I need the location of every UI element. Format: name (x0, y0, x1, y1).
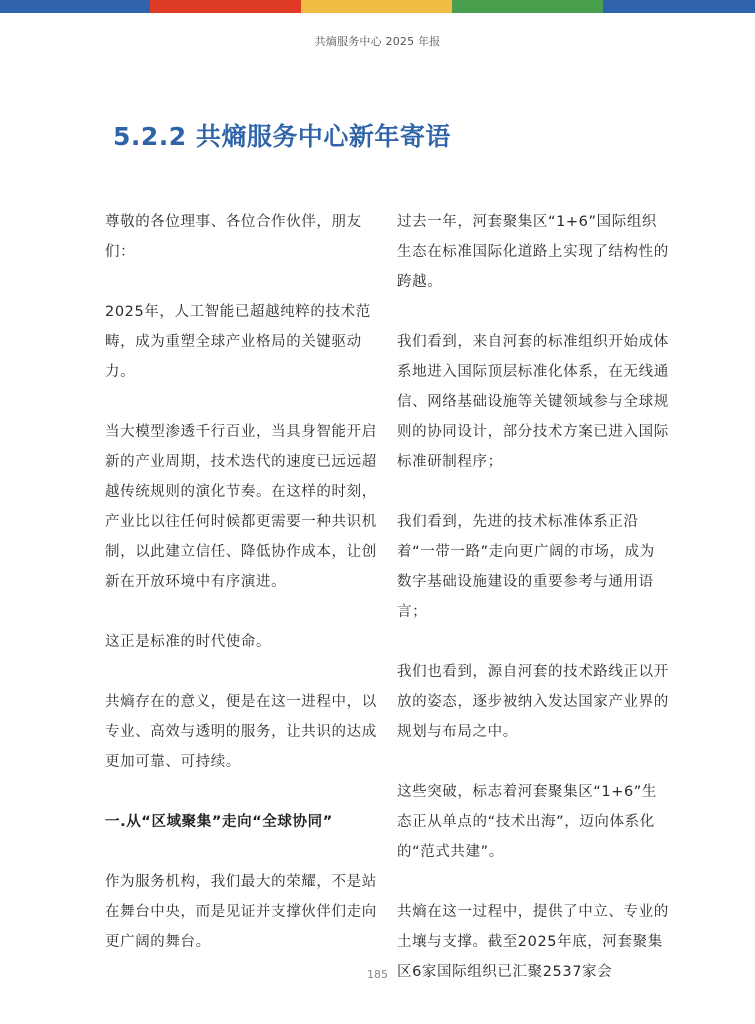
paragraph-purpose: 共熵存在的意义，便是在这一进程中，以专业、高效与透明的服务，让共识的达成更加可靠… (105, 687, 377, 777)
subheading-global-collaboration: 一.从“区域聚集”走向“全球协同” (105, 807, 377, 837)
paragraph-international-system: 我们看到，来自河套的标准组织开始成体系地进入国际顶层标准化体系，在无线通信、网络… (397, 327, 669, 477)
color-stripe-segment-yellow (301, 0, 452, 13)
paragraph-past-year: 过去一年，河套聚集区“1+6”国际组织生态在标准国际化道路上实现了结构性的跨越。 (397, 207, 669, 297)
color-stripe-segment-blue-right (603, 0, 755, 13)
page-number: 185 (0, 968, 755, 981)
paragraph-breakthroughs: 这些突破，标志着河套聚集区“1+6”生态正从单点的“技术出海”，迈向体系化的“范… (397, 777, 669, 867)
left-column: 尊敬的各位理事、各位合作伙伴，朋友们： 2025年，人工智能已超越纯粹的技术范畴… (105, 207, 377, 987)
paragraph-service-honor: 作为服务机构，我们最大的荣耀，不是站在舞台中央，而是见证并支撑伙伴们走向更广阔的… (105, 867, 377, 957)
paragraph-standard-mission: 这正是标准的时代使命。 (105, 627, 377, 657)
section-title: 5.2.2 共熵服务中心新年寄语 (113, 117, 451, 153)
color-stripe-segment-red (150, 0, 301, 13)
running-header: 共熵服务中心 2025 年报 (0, 33, 755, 49)
paragraph-developed-countries: 我们也看到，源自河套的技术路线正以开放的姿态，逐步被纳入发达国家产业界的规划与布… (397, 657, 669, 747)
color-stripe-segment-blue (0, 0, 150, 13)
paragraph-ai-intro: 2025年，人工智能已超越纯粹的技术范畴，成为重塑全球产业格局的关键驱动力。 (105, 297, 377, 387)
color-stripe-segment-green (452, 0, 603, 13)
color-stripe-bar (0, 0, 755, 13)
paragraph-belt-and-road: 我们看到，先进的技术标准体系正沿着“一带一路”走向更广阔的市场，成为数字基础设施… (397, 507, 669, 627)
paragraph-consensus-mechanism: 当大模型渗透千行百业，当具身智能开启新的产业周期，技术迭代的速度已远远超越传统规… (105, 417, 377, 597)
paragraph-salutation: 尊敬的各位理事、各位合作伙伴，朋友们： (105, 207, 377, 267)
right-column: 过去一年，河套聚集区“1+6”国际组织生态在标准国际化道路上实现了结构性的跨越。… (397, 207, 669, 1017)
